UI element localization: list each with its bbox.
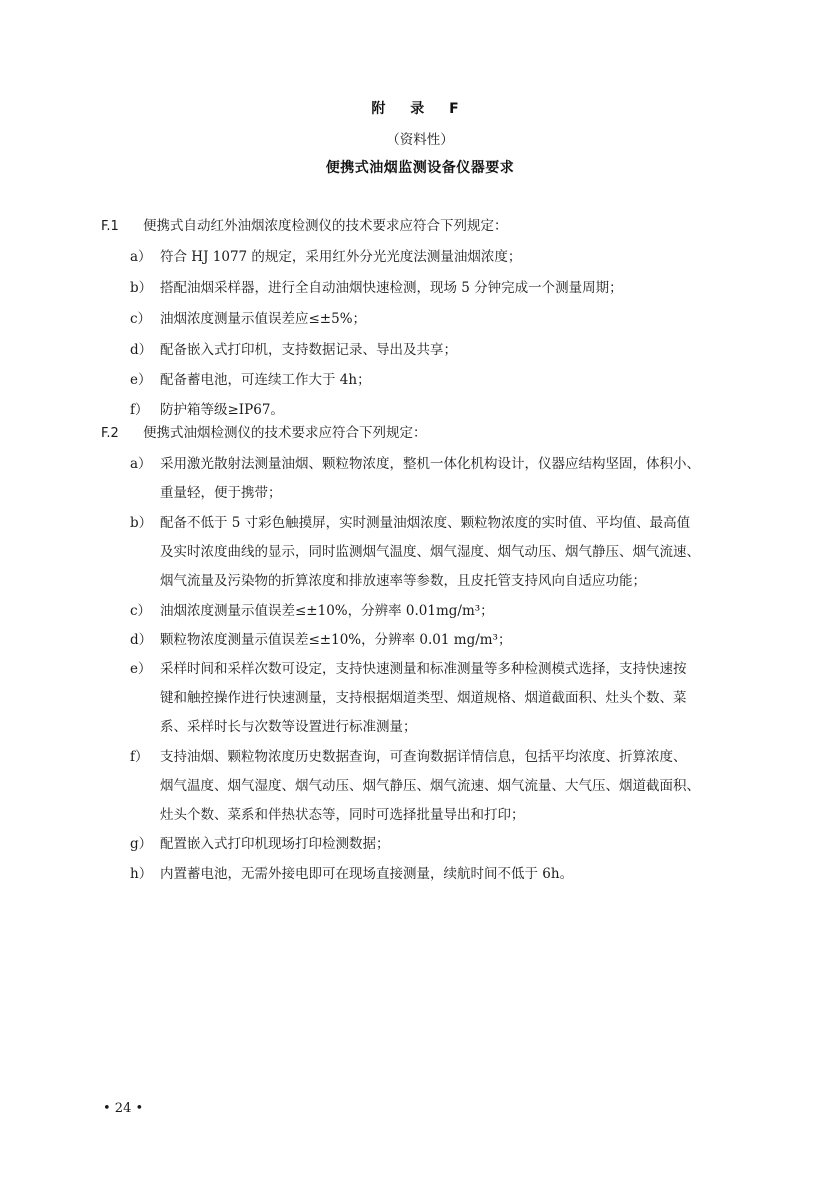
item-text: 配备蓄电池，可连续工作大于 4h； — [160, 372, 371, 388]
clause-f2: F.2便携式油烟检测仪的技术要求应符合下列规定： — [101, 421, 427, 441]
list-item: a）符合 HJ 1077 的规定，采用红外分光光度法测量油烟浓度； — [130, 245, 521, 265]
item-text: 防护箱等级≥IP67。 — [160, 402, 284, 418]
list-item: b）配备不低于 5 寸彩色触摸屏，实时测量油烟浓度、颗粒物浓度的实时值、平均值、… — [130, 511, 690, 531]
item-continuation: 重量轻，便于携带； — [160, 481, 282, 501]
item-marker: d） — [130, 338, 160, 358]
list-item: b）搭配油烟采样器，进行全自动油烟快速检测，现场 5 分钟完成一个测量周期； — [130, 276, 623, 296]
item-continuation: 灶头个数、菜系和伴热状态等，同时可选择批量导出和打印； — [160, 803, 525, 823]
item-marker: e） — [130, 657, 160, 677]
list-item: h）内置蓄电池，无需外接电即可在现场直接测量，续航时间不低于 6h。 — [130, 862, 573, 882]
item-continuation: 烟气温度、烟气湿度、烟气动压、烟气静压、烟气流速、烟气流量、大气压、烟道截面积、 — [160, 774, 700, 794]
item-text: 支持油烟、颗粒物浓度历史数据查询，可查询数据详情信息，包括平均浓度、折算浓度、 — [160, 749, 687, 765]
item-marker: b） — [130, 276, 160, 296]
list-item: d）颗粒物浓度测量示值误差≤±10%，分辨率 0.01 mg/m³； — [130, 628, 511, 648]
item-text: 油烟浓度测量示值误差≤±10%，分辨率 0.01mg/m³； — [160, 603, 494, 619]
item-marker: a） — [130, 452, 160, 472]
item-text: 油烟浓度测量示值误差应≤±5%； — [160, 311, 366, 327]
clause-number: F.1 — [101, 219, 143, 234]
item-marker: e） — [130, 368, 160, 388]
item-text: 符合 HJ 1077 的规定，采用红外分光光度法测量油烟浓度； — [160, 249, 521, 265]
clause-number: F.2 — [101, 426, 143, 441]
clause-text: 便携式自动红外油烟浓度检测仪的技术要求应符合下列规定： — [143, 218, 508, 234]
clause-f1: F.1便携式自动红外油烟浓度检测仪的技术要求应符合下列规定： — [101, 214, 508, 234]
appendix-heading: 附 录 F — [0, 98, 840, 118]
list-item: c）油烟浓度测量示值误差≤±10%，分辨率 0.01mg/m³； — [130, 599, 494, 619]
list-item: e）采样时间和采样次数可设定，支持快速测量和标准测量等多种检测模式选择，支持快速… — [130, 657, 687, 677]
item-text: 搭配油烟采样器，进行全自动油烟快速检测，现场 5 分钟完成一个测量周期； — [160, 280, 623, 296]
item-continuation: 系、采样时长与次数等设置进行标准测量； — [160, 715, 417, 735]
item-marker: b） — [130, 511, 160, 531]
item-text: 采样时间和采样次数可设定，支持快速测量和标准测量等多种检测模式选择，支持快速按 — [160, 661, 687, 677]
list-item: g）配置嵌入式打印机现场打印检测数据； — [130, 832, 390, 852]
list-item: e）配备蓄电池，可连续工作大于 4h； — [130, 368, 371, 388]
item-marker: d） — [130, 628, 160, 648]
item-marker: c） — [130, 599, 160, 619]
item-continuation: 键和触控操作进行快速测量，支持根据烟道类型、烟道规格、烟道截面积、灶头个数、菜 — [160, 686, 687, 706]
item-text: 配备嵌入式打印机，支持数据记录、导出及共享； — [160, 342, 457, 358]
appendix-nature: （资料性） — [0, 128, 840, 148]
list-item: d）配备嵌入式打印机，支持数据记录、导出及共享； — [130, 338, 457, 358]
item-text: 配备不低于 5 寸彩色触摸屏，实时测量油烟浓度、颗粒物浓度的实时值、平均值、最高… — [160, 515, 690, 531]
item-text: 颗粒物浓度测量示值误差≤±10%，分辨率 0.01 mg/m³； — [160, 632, 511, 648]
item-text: 采用激光散射法测量油烟、颗粒物浓度，整机一体化机构设计，仪器应结构坚固，体积小、 — [160, 456, 700, 472]
item-marker: f） — [130, 398, 160, 418]
list-item: c）油烟浓度测量示值误差应≤±5%； — [130, 307, 366, 327]
page-number: • 24 • — [103, 1101, 143, 1116]
list-item: f）防护箱等级≥IP67。 — [130, 398, 284, 418]
item-marker: f） — [130, 745, 160, 765]
list-item: f）支持油烟、颗粒物浓度历史数据查询，可查询数据详情信息，包括平均浓度、折算浓度… — [130, 745, 687, 765]
list-item: a）采用激光散射法测量油烟、颗粒物浓度，整机一体化机构设计，仪器应结构坚固，体积… — [130, 452, 700, 472]
item-marker: h） — [130, 862, 160, 882]
clause-text: 便携式油烟检测仪的技术要求应符合下列规定： — [143, 425, 427, 441]
appendix-title: 便携式油烟监测设备仪器要求 — [0, 157, 840, 177]
item-text: 配置嵌入式打印机现场打印检测数据； — [160, 836, 390, 852]
item-continuation: 及实时浓度曲线的显示，同时监测烟气温度、烟气湿度、烟气动压、烟气静压、烟气流速、 — [160, 540, 700, 560]
item-marker: c） — [130, 307, 160, 327]
item-marker: g） — [130, 832, 160, 852]
item-continuation: 烟气流量及污染物的折算浓度和排放速率等参数，且皮托管支持风向自适应功能； — [160, 569, 646, 589]
item-marker: a） — [130, 245, 160, 265]
item-text: 内置蓄电池，无需外接电即可在现场直接测量，续航时间不低于 6h。 — [160, 866, 573, 882]
